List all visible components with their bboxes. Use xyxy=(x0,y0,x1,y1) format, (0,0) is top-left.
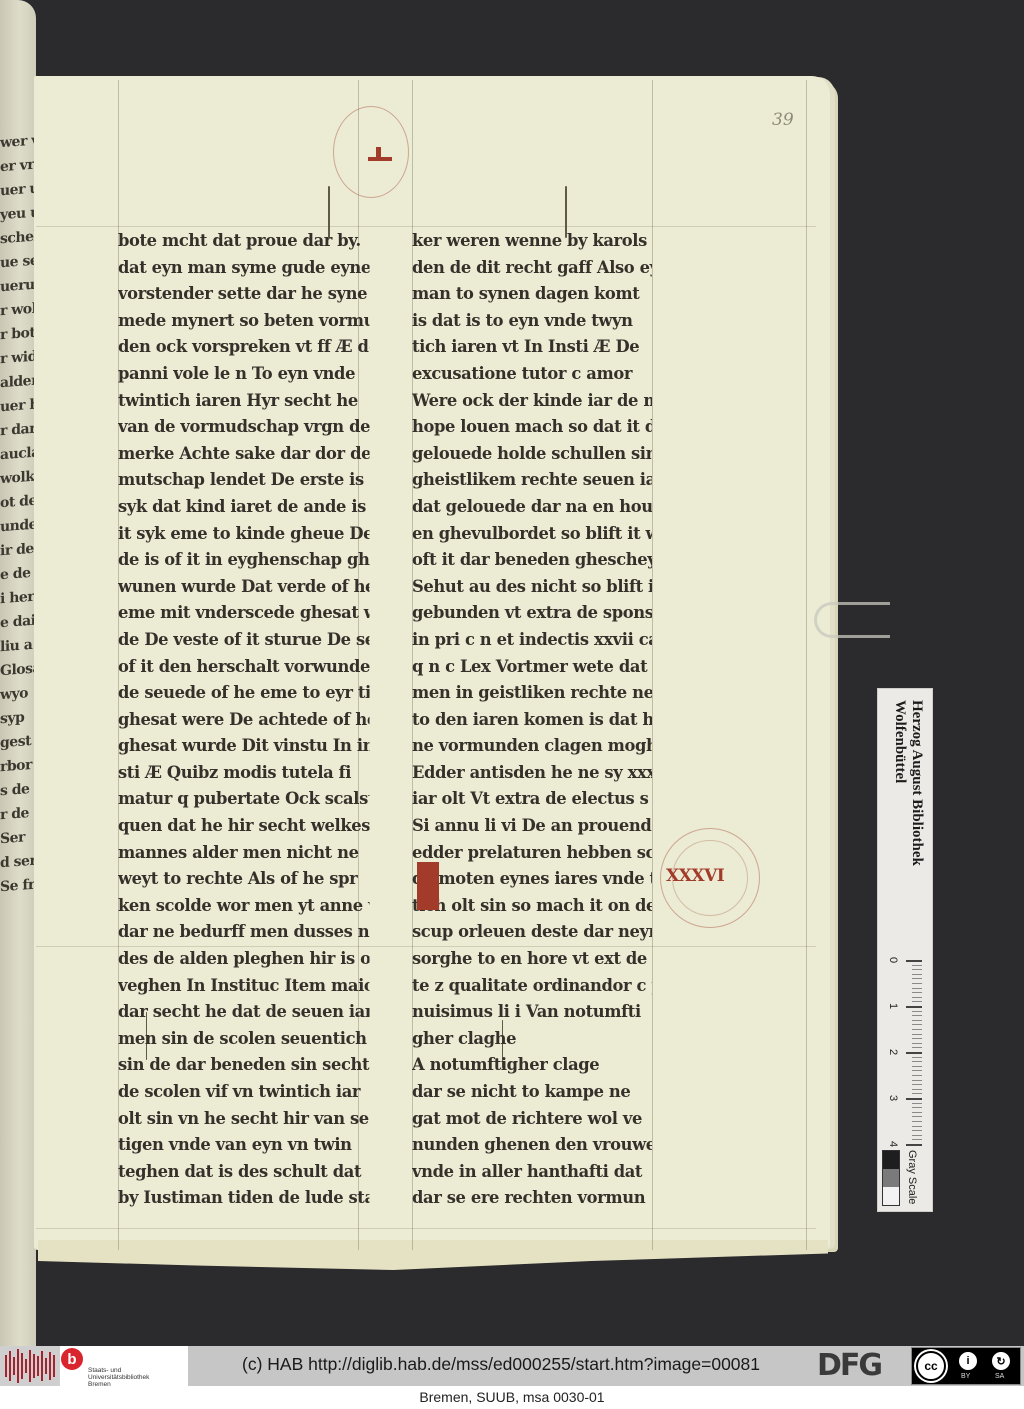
facing-page-text: wer vu er vrow uer ui yeu u scheb ue seg… xyxy=(0,129,34,911)
text-line: q n c Lex Vortmer wete dat xyxy=(412,654,652,681)
suub-b-icon: b xyxy=(61,1348,83,1370)
text-line: veghen In Instituc Item maior xyxy=(118,973,370,1000)
ruler-label: 3 xyxy=(887,1091,899,1105)
text-line: man to synen dagen komt xyxy=(412,281,652,308)
text-line: is dat is to eyn vnde twyn xyxy=(412,308,652,335)
manuscript-scan: wer vu er vrow uer ui yeu u scheb ue seg… xyxy=(0,0,1024,1346)
folio-number: 39 xyxy=(772,110,794,130)
dfg-logo: DFG xyxy=(817,1350,881,1382)
barcode-bar xyxy=(13,1357,15,1375)
text-line: panni vole le n To eyn vnde xyxy=(118,361,370,388)
text-line: de De veste of it sturue De seste xyxy=(118,627,370,654)
text-line: de seuede of he eme to eyr tid xyxy=(118,680,370,707)
by-label: BY xyxy=(961,1373,970,1380)
ruler-minor-tick xyxy=(912,1011,922,1012)
text-line: vorstender sette dar he syne bote xyxy=(118,281,370,308)
text-line: vnde in aller hanthafti dat xyxy=(412,1159,652,1186)
sa-label: SA xyxy=(995,1373,1004,1380)
ruler-minor-tick xyxy=(912,1015,922,1016)
red-initial-mark xyxy=(368,147,392,161)
text-line: twintich iaren Hyr secht he xyxy=(118,388,370,415)
ruler-minor-tick xyxy=(912,1103,922,1104)
ruler-institution: Herzog August Bibliothek Wolfenbüttel xyxy=(889,700,925,960)
ruler-minor-tick xyxy=(912,1116,922,1117)
barcode-bar xyxy=(21,1353,23,1379)
facing-page-left: wer vu er vrow uer ui yeu u scheb ue seg… xyxy=(0,0,36,1346)
text-line: ne vormunden clagen moghe. xyxy=(412,733,652,760)
ruler-tick xyxy=(906,1098,922,1100)
text-line: ker weren wenne by karols ty xyxy=(412,228,652,255)
ruler-minor-tick xyxy=(912,965,922,966)
text-line: bote mcht dat proue dar by. xyxy=(118,228,370,255)
ruler-minor-tick xyxy=(912,1038,922,1039)
text-line: den de dit recht gaff Also eyn xyxy=(412,255,652,282)
ruler-minor-tick xyxy=(912,1112,922,1113)
cc-icon: cc xyxy=(916,1351,946,1381)
decorated-initial xyxy=(417,862,439,910)
text-line: merke Achte sake dar dor de vor xyxy=(118,441,370,468)
image-caption: Bremen, SUUB, msa 0030-01 xyxy=(0,1389,1024,1405)
text-line: Edder antisden he ne sy xxxxyn xyxy=(412,760,652,787)
ruler-minor-tick xyxy=(912,983,922,984)
text-line: ghesat wurde Dit vinstu In in xyxy=(118,733,370,760)
text-line: ghesat were De achtede of he af xyxy=(118,707,370,734)
text-line: dar ne bedurff men dusses nicht xyxy=(118,919,370,946)
grayscale-swatches xyxy=(882,1150,900,1206)
ruler-tick xyxy=(906,1052,922,1054)
text-line: de is of it in eyghenschap ghe xyxy=(118,547,370,574)
text-line: eme mit vnderscede ghesat wur xyxy=(118,600,370,627)
ruling-line xyxy=(36,1228,816,1229)
ruler-minor-tick xyxy=(912,1047,922,1048)
ruler-title-line1: Herzog August Bibliothek xyxy=(909,700,925,866)
text-line: hope louen mach so dat it dat xyxy=(412,414,652,441)
ruling-line xyxy=(36,226,816,227)
text-line: to den iaren komen is dat he a xyxy=(412,707,652,734)
swatch-gray xyxy=(883,1169,899,1187)
ruler-minor-tick xyxy=(912,1130,922,1131)
text-line: weyt to rechte Als of he spr xyxy=(118,866,370,893)
text-line: A notumftigher clage xyxy=(412,1052,652,1079)
barcode-bar xyxy=(37,1356,39,1376)
text-line: gheistlikem rechte seuen iar vpt xyxy=(412,467,652,494)
text-line: nunden ghenen den vrouwe xyxy=(412,1132,652,1159)
ruler-minor-tick xyxy=(912,1057,922,1058)
text-line: in pri c n et indectis xxvii ca xyxy=(412,627,652,654)
text-line: dat eyn man syme gude eynen xyxy=(118,255,370,282)
ruler-minor-tick xyxy=(912,1066,922,1067)
text-line: des de alden pleghen hir is ok xyxy=(118,946,370,973)
swatch-white xyxy=(883,1187,899,1205)
chapter-numeral: XXXVI xyxy=(666,866,724,886)
ruler-minor-tick xyxy=(912,1043,922,1044)
text-line: it syk eme to kinde gheue De dru xyxy=(118,521,370,548)
text-line: Sehut au des nicht so blift it vn xyxy=(412,574,652,601)
text-line: excusatione tutor c amor xyxy=(412,361,652,388)
ruler-minor-tick xyxy=(912,1093,922,1094)
ruler-label: 2 xyxy=(887,1045,899,1059)
text-line: mede mynert so beten vormu xyxy=(118,308,370,335)
text-line: gebunden vt extra de sponsalib xyxy=(412,600,652,627)
ruler-minor-tick xyxy=(912,1020,922,1021)
paper-clip xyxy=(814,602,890,638)
ruler-minor-tick xyxy=(912,1070,922,1071)
ruler-minor-tick xyxy=(912,997,922,998)
suub-logo-icon xyxy=(0,1346,60,1386)
text-line: tich olt sin so mach it on de bis xyxy=(412,893,652,920)
barcode-bar xyxy=(33,1354,35,1378)
text-line: teghen dat is des schult dat xyxy=(118,1159,370,1186)
ruler-minor-tick xyxy=(912,969,922,970)
text-line: dar secht he dat de seuen iar ko xyxy=(118,999,370,1026)
ruler-minor-tick xyxy=(912,1029,922,1030)
ruler-title-line2: Wolfenbüttel xyxy=(892,700,908,783)
library-name-line: Universitätsbibliothek xyxy=(88,1374,149,1381)
text-line: sti Æ Quibz modis tutela fi xyxy=(118,760,370,787)
cc-license-badge[interactable]: cc i ↻ BY SA xyxy=(911,1347,1021,1385)
text-line: dar se nicht to kampe ne xyxy=(412,1079,652,1106)
ruler-minor-tick xyxy=(912,1080,922,1081)
text-line: tigen vnde van eyn vn twin xyxy=(118,1132,370,1159)
ruler-minor-tick xyxy=(912,1084,922,1085)
ruler-minor-tick xyxy=(912,1061,922,1062)
text-line: en ghevulbordet so blift it wol xyxy=(412,521,652,548)
grayscale-label: Gray Scale xyxy=(906,1150,918,1210)
text-line: gat mot de richtere wol ve xyxy=(412,1106,652,1133)
text-line: matur q pubertate Ock scalstu xyxy=(118,786,370,813)
barcode-bar xyxy=(45,1358,47,1374)
text-line: sorghe to en hore vt ext de eta xyxy=(412,946,652,973)
library-name: Staats- und Universitätsbibliothek Breme… xyxy=(88,1367,149,1388)
text-line: men in geistliken rechte neman xyxy=(412,680,652,707)
copyright-url-link[interactable]: (c) HAB http://diglib.hab.de/mss/ed00025… xyxy=(242,1354,760,1375)
text-line: van de vormudschap vrgn des xyxy=(118,414,370,441)
ruler-label: 1 xyxy=(887,999,899,1013)
barcode-bar xyxy=(17,1349,19,1383)
text-line: nuisimus li i Van notumfti xyxy=(412,999,652,1026)
ruler-tick xyxy=(906,1006,922,1008)
text-line: Were ock der kinde iar de me to xyxy=(412,388,652,415)
barcode-bar xyxy=(49,1352,51,1380)
sa-icon: ↻ xyxy=(992,1352,1010,1370)
barcode-bar xyxy=(29,1350,31,1382)
by-icon: i xyxy=(959,1352,977,1370)
ruler-label: 4 xyxy=(887,1137,899,1151)
text-line: de scolen vif vn twintich iar xyxy=(118,1079,370,1106)
ruler-minor-tick xyxy=(912,1126,922,1127)
library-name-line: Bremen xyxy=(88,1381,149,1388)
ruler-minor-tick xyxy=(912,1024,922,1025)
text-line: de moten eynes iares vnde twin xyxy=(412,866,652,893)
ruler-minor-tick xyxy=(912,1075,922,1076)
text-line: tich iaren vt In Insti Æ De xyxy=(412,334,652,361)
text-line: syk dat kind iaret de ande is of xyxy=(118,494,370,521)
text-line: men sin de scolen seuentich iar xyxy=(118,1026,370,1053)
ruler-minor-tick xyxy=(912,1107,922,1108)
text-line: quen dat he hir secht welkes xyxy=(118,813,370,840)
text-line: scup orleuen deste dar neyn by xyxy=(412,919,652,946)
text-line: mutschap lendet De erste is oft xyxy=(118,467,370,494)
text-line: olt sin vn he secht hir van ses xyxy=(118,1106,370,1133)
ruler-minor-tick xyxy=(912,1001,922,1002)
ruler-minor-tick xyxy=(912,1034,922,1035)
text-line: iar olt Vt extra de electus s xyxy=(412,786,652,813)
ruler-minor-tick xyxy=(912,988,922,989)
text-line: edder prelaturen hebben scolen xyxy=(412,840,652,867)
text-line: oft it dar beneden ghescheyn we xyxy=(412,547,652,574)
barcode-bar xyxy=(9,1351,11,1381)
text-line: of it den herschalt vorwundelde xyxy=(118,654,370,681)
folio-bottom-edge xyxy=(38,1240,828,1270)
ruler-minor-tick xyxy=(912,1089,922,1090)
ruler-minor-tick xyxy=(912,1139,922,1140)
ruler-tick xyxy=(906,1144,922,1146)
text-line: by Iustiman tiden de lude star xyxy=(118,1185,370,1212)
ruler-label: 0 xyxy=(887,953,899,967)
text-line: dat gelouede dar na en houe nu xyxy=(412,494,652,521)
library-name-line: Staats- und xyxy=(88,1367,149,1374)
ruler-minor-tick xyxy=(912,974,922,975)
swatch-black xyxy=(883,1151,899,1169)
text-line: dar se ere rechten vormun xyxy=(412,1185,652,1212)
barcode-bar xyxy=(25,1359,27,1373)
ruler-minor-tick xyxy=(912,1121,922,1122)
text-line: wunen wurde Dat verde of he xyxy=(118,574,370,601)
ruler-minor-tick xyxy=(912,978,922,979)
barcode-bar xyxy=(5,1355,7,1377)
barcode-bar xyxy=(41,1351,43,1381)
centimeter-scale: 01234 xyxy=(880,960,930,1150)
text-line: den ock vorspreken vt ff Æ de xyxy=(118,334,370,361)
text-line: Si annu li vi De an prouende xyxy=(412,813,652,840)
ruler-minor-tick xyxy=(912,992,922,993)
ruling-line xyxy=(806,80,807,1250)
text-line: ken scolde wor men yt anne weyt xyxy=(118,893,370,920)
text-line: sin de dar beneden sin secht he xyxy=(118,1052,370,1079)
text-line: mannes alder men nicht ne xyxy=(118,840,370,867)
ruler-tick xyxy=(906,960,922,962)
text-line: te z qualitate ordinandor c p xyxy=(412,973,652,1000)
text-column-right: ker weren wenne by karols tyden de dit r… xyxy=(412,228,662,1212)
text-line: gher claghe xyxy=(412,1026,652,1053)
ruler-minor-tick xyxy=(912,1135,922,1136)
text-column-left: bote mcht dat proue dar by.dat eyn man s… xyxy=(118,228,380,1212)
barcode-bar xyxy=(53,1355,55,1377)
text-line: gelouede holde schullen sin na xyxy=(412,441,652,468)
